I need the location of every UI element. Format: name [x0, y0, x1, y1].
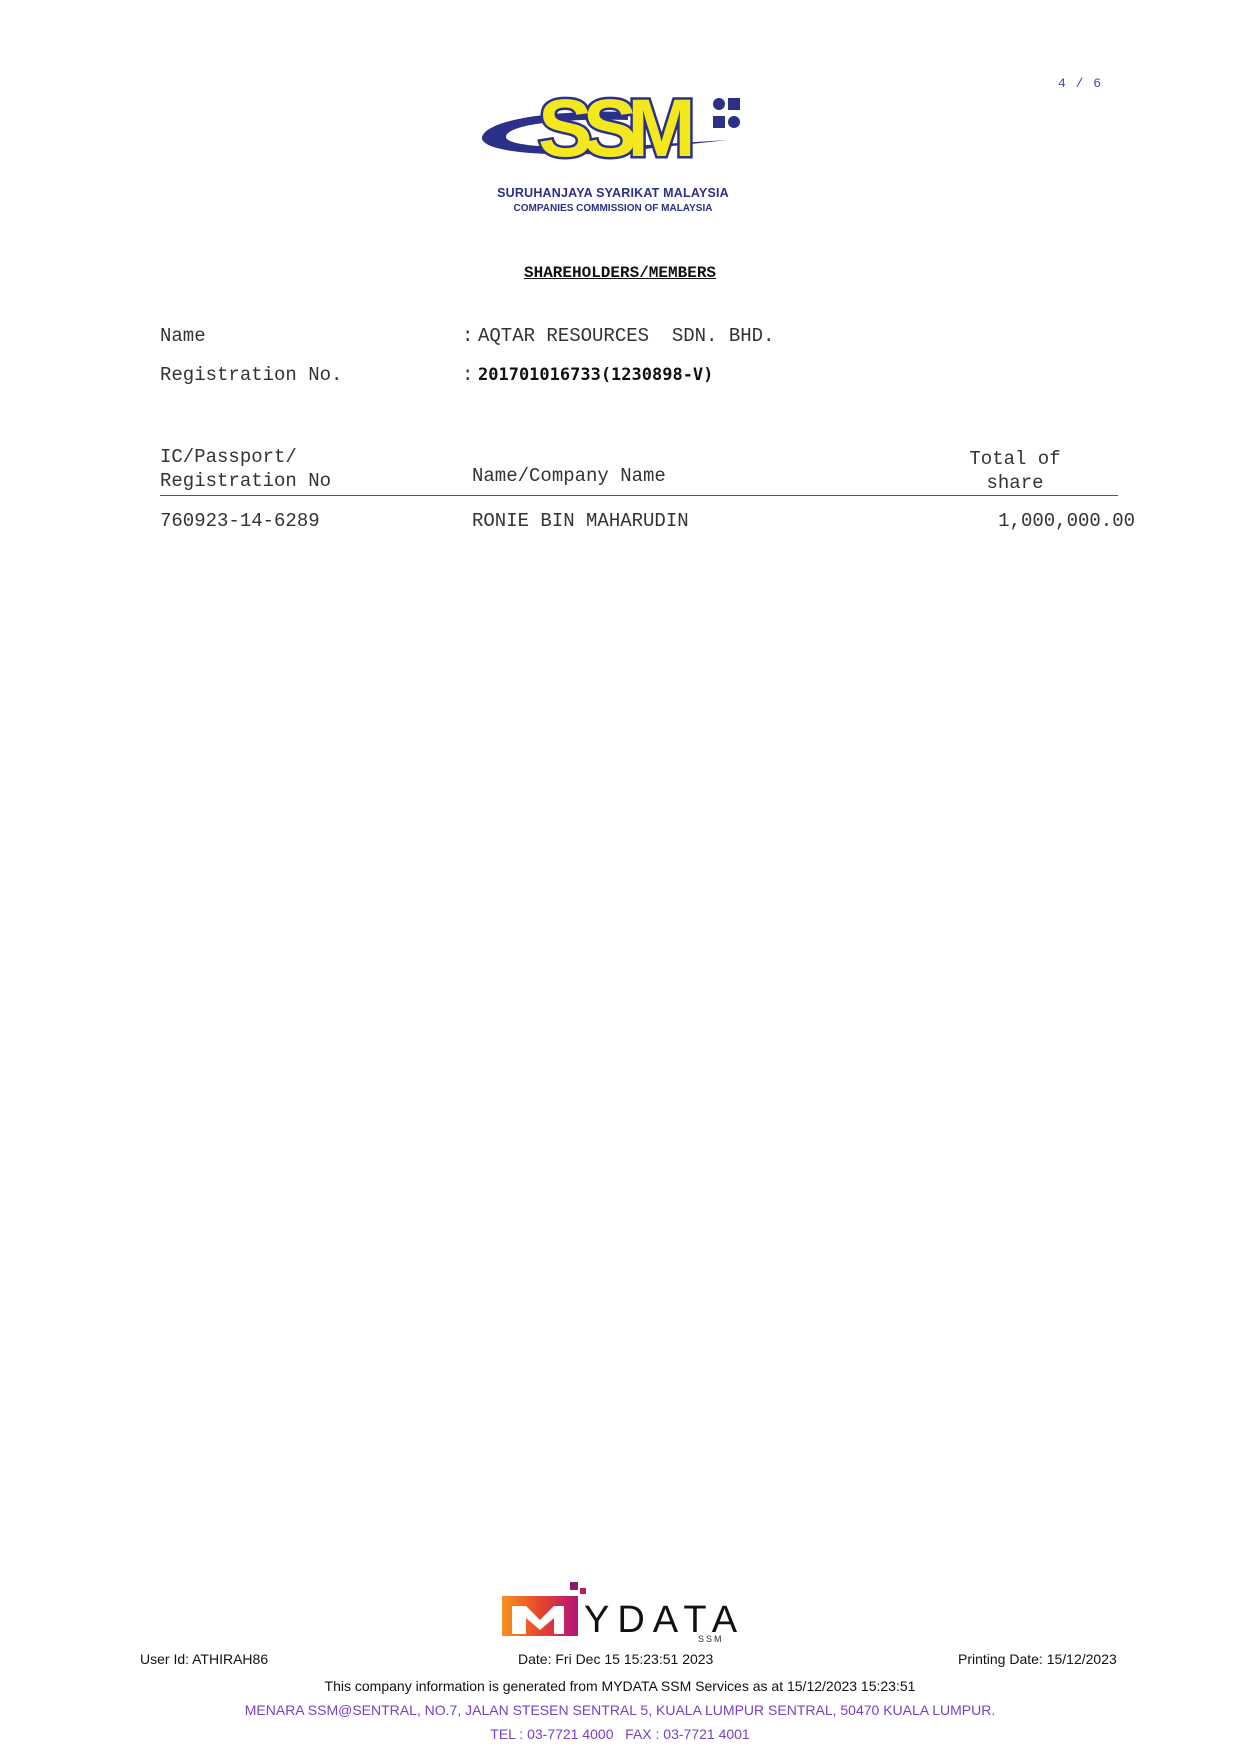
row-total-share: 1,000,000.00 [960, 510, 1135, 532]
footer-printing-date: Printing Date: 15/12/2023 [958, 1651, 1117, 1667]
mydata-logo-icon: YDATA SSM [500, 1572, 740, 1642]
company-name-value: AQTAR RESOURCES SDN. BHD. [478, 325, 774, 347]
header-ic-line1: IC/Passport/ [160, 445, 331, 469]
header-ic-passport: IC/Passport/ Registration No [160, 445, 331, 493]
header-total-share: Total of share [960, 447, 1070, 495]
registration-value: 201701016733(1230898-V) [478, 365, 713, 385]
svg-text:SSM: SSM [698, 1634, 724, 1642]
footer-user-id: User Id: ATHIRAH86 [140, 1651, 268, 1667]
svg-text:SSM: SSM [538, 83, 690, 174]
header-total-line1: Total of [960, 447, 1070, 471]
footer-generated-note: This company information is generated fr… [0, 1678, 1240, 1694]
registration-label: Registration No. [160, 364, 342, 386]
section-title: SHAREHOLDERS/MEMBERS [0, 264, 1240, 282]
footer-tel-fax: TEL : 03-7721 4000 FAX : 03-7721 4001 [0, 1726, 1240, 1742]
footer-date: Date: Fri Dec 15 15:23:51 2023 [518, 1651, 713, 1667]
page-indicator: 4 / 6 [1058, 76, 1102, 91]
org-name-malay: SURUHANJAYA SYARIKAT MALAYSIA [478, 186, 748, 200]
header-total-line2: share [960, 471, 1070, 495]
row-ic: 760923-14-6289 [160, 510, 320, 532]
mydata-logo: YDATA SSM [500, 1572, 740, 1642]
company-name-label: Name [160, 325, 206, 347]
header-name: Name/Company Name [472, 464, 666, 488]
separator: : [462, 364, 473, 386]
footer-address: MENARA SSM@SENTRAL, NO.7, JALAN STESEN S… [0, 1702, 1240, 1718]
ssm-logo: SSM SURUHANJAYA SYARIKAT MALAYSIA COMPAN… [478, 82, 758, 222]
row-name: RONIE BIN MAHARUDIN [472, 510, 689, 532]
header-ic-line2: Registration No [160, 469, 331, 493]
ssm-logo-mark-icon: SSM [478, 82, 748, 182]
org-name-english: COMPANIES COMMISSION OF MALAYSIA [478, 203, 748, 214]
separator: : [462, 325, 473, 347]
table-divider [160, 495, 1118, 496]
